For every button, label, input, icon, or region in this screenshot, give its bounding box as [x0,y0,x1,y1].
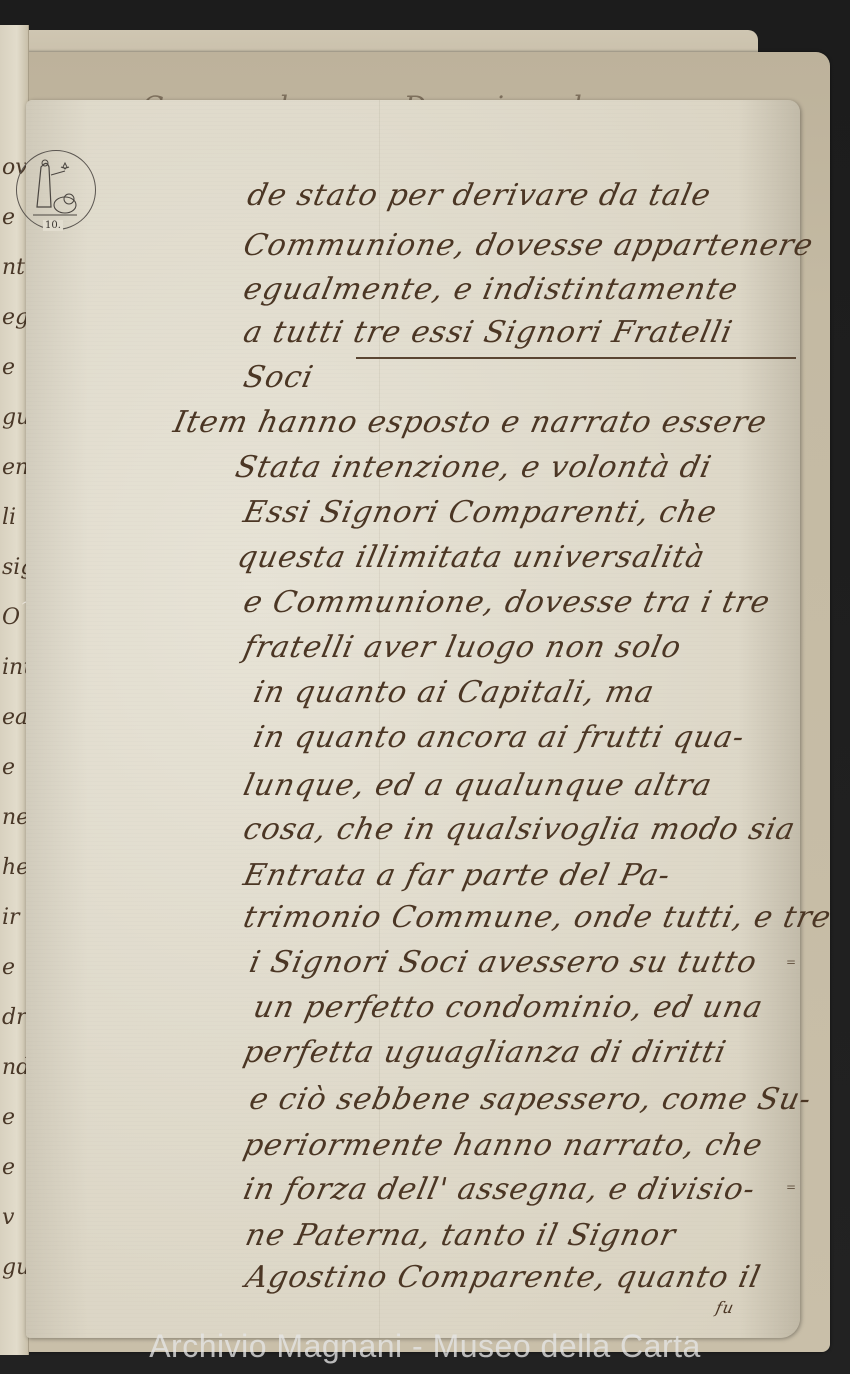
handwritten-line: i Signori Soci avessero su tutto [246,945,760,980]
handwritten-line: egualmente, e indistintamente [240,272,741,307]
previous-page-fragment: ir [2,905,20,930]
handwritten-line: periormente hanno narrato, che [240,1128,766,1163]
previous-page-fragment: e [2,955,15,980]
manuscript-page: 10. de stato per derivare da taleCommuni… [26,100,800,1338]
previous-page-fragment: eat [2,705,29,730]
previous-page-strip: ovisentiegeguenlisigOinueateneheiredrnde… [0,25,29,1355]
previous-page-fragment: sig [2,555,29,580]
previous-page-fragment: eg [2,305,29,330]
tax-stamp: 10. [16,150,96,230]
handwritten-line: Communione, dovesse appartenere [240,228,816,263]
margin-mark: = [786,955,796,969]
margin-mark: = [786,1180,796,1194]
stamp-number: 10. [43,220,63,231]
handwritten-line: un perfetto condominio, ed una [250,990,766,1025]
handwritten-line: e Communione, dovesse tra i tre [240,585,773,620]
handwritten-line: Essi Signori Comparenti, che [240,495,720,530]
previous-page-fragment: inu [2,655,29,680]
previous-page-fragment: O [2,605,20,630]
previous-page-fragment: dr [2,1005,27,1030]
handwritten-line: lunque, ed a qualunque altra [240,768,715,803]
handwritten-line: a tutti tre essi Signori Fratelli [240,315,736,350]
archive-watermark: Archivio Magnani - Museo della Carta [0,1328,850,1365]
previous-page-fragment: e [2,205,15,230]
previous-page-fragment: e [2,755,15,780]
fleur-de-lis-icon [25,155,85,219]
previous-page-fragment: he [2,855,29,880]
handwritten-line: cosa, che in qualsivoglia modo sia [240,812,799,847]
previous-page-fragment: gu [2,1255,29,1280]
handwritten-line: fratelli aver luogo non solo [240,630,685,665]
previous-page-fragment: e [2,1155,15,1180]
handwritten-line: de stato per derivare da tale [244,178,714,213]
handwritten-line: Stata intenzione, e volontà di [232,450,715,485]
handwritten-line: perfetta uguaglianza di diritti [240,1035,729,1070]
previous-page-fragment: nti [2,255,29,280]
handwritten-line: trimonio Commune, onde tutti, e tre [240,900,834,935]
handwritten-line: in forza dell' assegna, e divisio- [240,1172,758,1207]
handwritten-line: questa illimitata universalità [234,540,708,575]
previous-page-fragment: e [2,355,15,380]
previous-page-fragment: gu [2,405,29,430]
handwritten-line: e ciò sebbene sapessero, come Su- [246,1082,815,1117]
handwritten-line: Entrata a far parte del Pa- [240,858,673,893]
handwritten-line: fu [714,1298,736,1317]
previous-page-fragment: li [2,505,16,530]
handwritten-line: Soci [240,360,316,395]
previous-page-fragment: v [2,1205,14,1230]
handwritten-line: Agostino Comparente, quanto il [242,1260,764,1295]
previous-page-fragment: en [2,455,29,480]
handwritten-line: in quanto ai Capitali, ma [250,675,657,710]
handwritten-line: ne Paterna, tanto il Signor [242,1218,679,1253]
previous-page-fragment: ne [2,805,29,830]
handwritten-line: in quanto ancora ai frutti qua- [250,720,748,755]
previous-page-fragment: e [2,1105,15,1130]
previous-page-fragment: nd [2,1055,29,1080]
handwritten-line: Item hanno esposto e narrato essere [170,405,770,440]
line-filler-rule [356,357,796,359]
